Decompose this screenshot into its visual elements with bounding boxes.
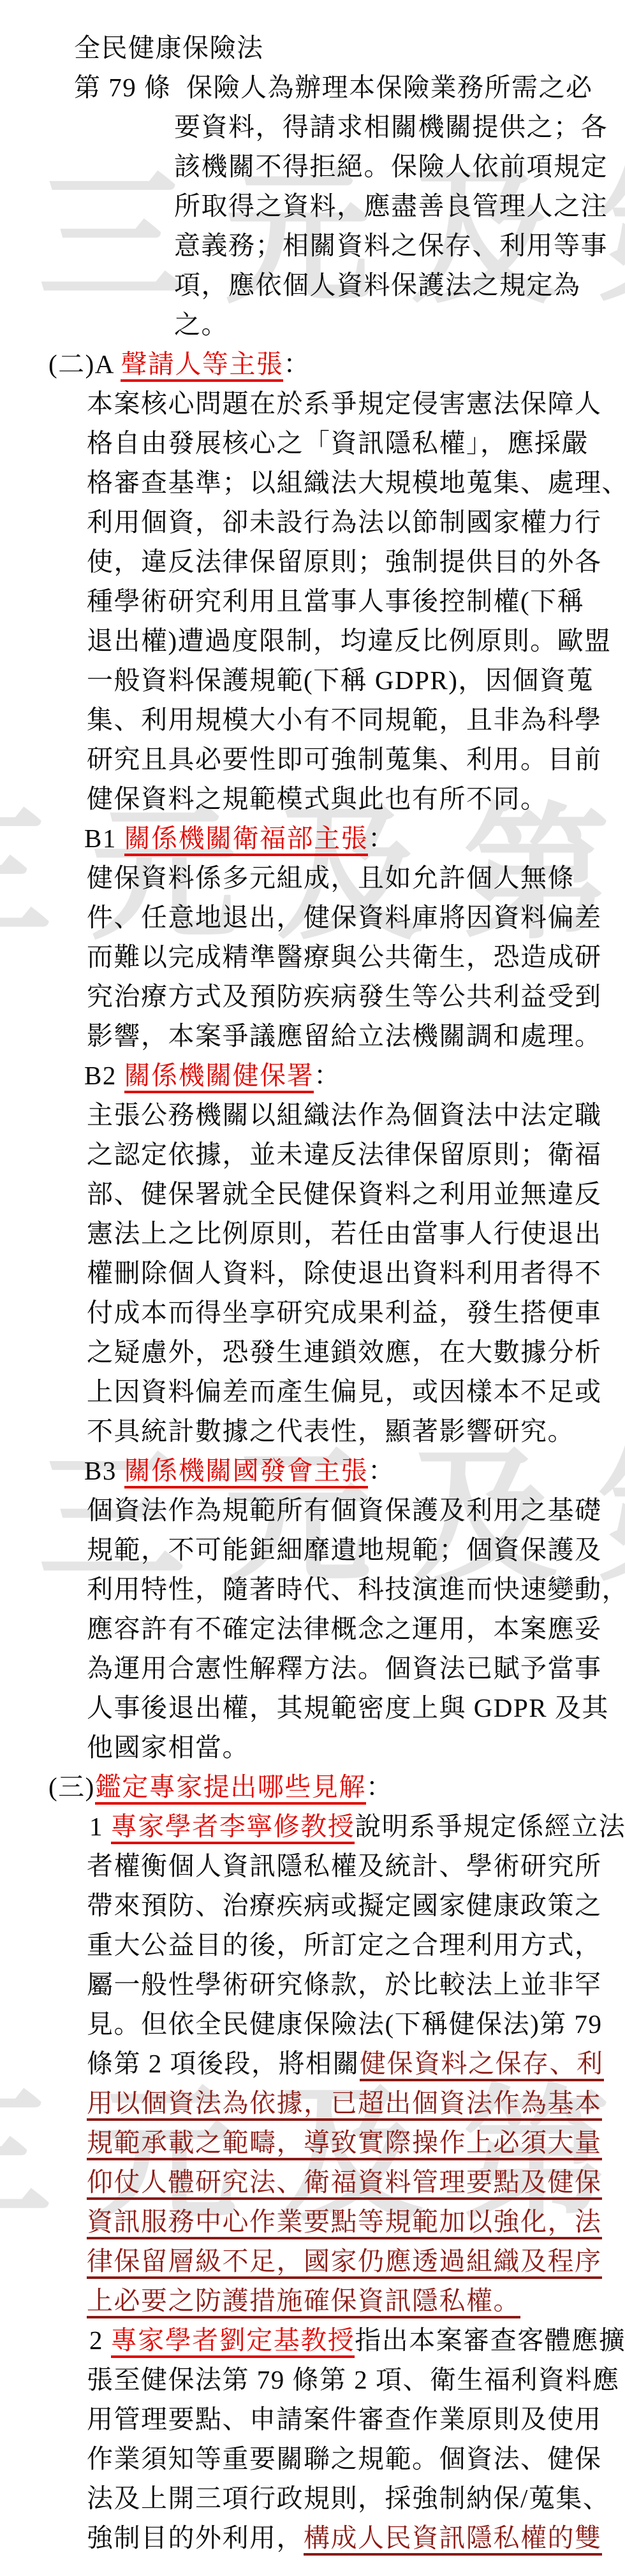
section-B2-heading: B2 關係機關健保署： — [84, 1056, 625, 1095]
body-text: ： — [283, 349, 311, 379]
body-text: 意義務；相關資料之保存、利用等事 — [174, 231, 608, 260]
body-text: ： — [368, 824, 395, 853]
red-heading-text: 鑑定專家提出哪些見解 — [95, 1772, 366, 1805]
body-text: 法及上開三項行政規則，採強制納保/蒐集、 — [87, 2484, 610, 2513]
body-text: 規範，不可能鉅細靡遺地規範；個資保護及 — [87, 1535, 602, 1564]
text-line: 意義務；相關資料之保存、利用等事 — [174, 226, 625, 265]
body-text: 屬一般性學術研究條款，於比較法上並非罕 — [87, 1970, 602, 1999]
body-text: 用管理要點、申請案件審查作業原則及使用 — [87, 2405, 602, 2434]
body-text: 健保資料係多元組成，且如允許個人無條 — [87, 863, 575, 892]
body-text: 2 — [89, 2325, 111, 2355]
darkred-emphasis-text: 規範承載之範疇，導致實際操作上必須大量 — [87, 2128, 602, 2160]
body-text: 全民健康保險法 — [74, 33, 264, 62]
red-heading-text: 關係機關健保署 — [124, 1061, 314, 1093]
body-text: 格自由發展核心之「資訊隱私權」，應採嚴 — [87, 428, 589, 458]
red-heading-text: 專家學者劉定基教授 — [111, 2325, 355, 2358]
text-line: 重大公益目的後，所訂定之合理利用方式， — [87, 1925, 625, 1965]
body-text: 為運用合憲性解釋方法。個資法已賦予當事 — [87, 1654, 602, 1683]
text-line: 格自由發展核心之「資訊隱私權」，應採嚴 — [87, 423, 625, 463]
text-line: 影響，本案爭議應留給立法機關調和處理。 — [87, 1016, 625, 1056]
body-text: 之。 — [174, 310, 228, 339]
body-text: 集、利用規模大小有不同規範，且非為科學 — [87, 705, 602, 734]
text-line: 法及上開三項行政規則，採強制納保/蒐集、 — [87, 2478, 625, 2518]
body-text: 帶來預防、治療疾病或擬定國家健康政策之 — [87, 1891, 602, 1920]
body-text: 1 — [89, 1812, 111, 1841]
text-line: 人事後退出權，其規範密度上與 GDPR 及其 — [87, 1688, 625, 1728]
body-text: B2 — [84, 1061, 124, 1090]
body-text: 憲法上之比例原則，若任由當事人行使退出 — [87, 1219, 602, 1248]
text-line: 為運用合憲性解釋方法。個資法已賦予當事 — [87, 1648, 625, 1688]
text-line: 之認定依據，並未違反法律保留原則；衛福 — [87, 1135, 625, 1174]
text-line: 資訊服務中心作業要點等規範加以強化，法 — [87, 2202, 625, 2241]
section-2A-heading: (二)A 聲請人等主張： — [48, 344, 625, 384]
body-text: 強制目的外利用， — [87, 2523, 304, 2552]
body-text: B1 — [84, 824, 124, 853]
darkred-emphasis-text: 仰仗人體研究法、衛福資料管理要點及健保 — [87, 2167, 602, 2200]
text-line: 他國家相當。 — [87, 1728, 625, 1767]
red-heading-text: 聲請人等主張 — [121, 349, 283, 382]
article-79-line: 第 79 條 保險人為辦理本保險業務所需之必 — [74, 68, 625, 107]
text-line: 權刪除個人資料，除使退出資料利用者得不 — [87, 1253, 625, 1293]
text-line: 見。但依全民健康保險法(下稱健保法)第 79 — [87, 2004, 625, 2044]
expert-2-heading: 2 專家學者劉定基教授指出本案審查客體應擴 — [89, 2320, 625, 2360]
darkred-emphasis-text: 資訊服務中心作業要點等規範加以強化，法 — [87, 2207, 602, 2239]
text-line: 退出權)遭過度限制，均違反比例原則。歐盟 — [87, 621, 625, 660]
body-text: 第 79 條 保險人為辦理本保險業務所需之必 — [74, 73, 593, 102]
body-text: 研究且具必要性即可強制蒐集、利用。目前 — [87, 745, 602, 774]
text-line: 憲法上之比例原則，若任由當事人行使退出 — [87, 1214, 625, 1253]
text-line: 利用個資，卻未設行為法以節制國家權力行 — [87, 502, 625, 542]
red-heading-text: 關係機關國發會主張 — [124, 1456, 369, 1488]
body-text: 之認定依據，並未違反法律保留原則；衛福 — [87, 1140, 602, 1169]
text-line: 使，違反法律保留原則；強制提供目的外各 — [87, 542, 625, 581]
body-text: 種學術研究利用且當事人事後控制權(下稱 — [87, 586, 584, 616]
document-lines: 全民健康保險法第 79 條 保險人為辦理本保險業務所需之必要資料，得請求相關機關… — [0, 28, 625, 2558]
body-text: 個資法作為規範所有個資保護及利用之基礎 — [87, 1495, 602, 1525]
section-B3-heading: B3 關係機關國發會主張： — [84, 1451, 625, 1490]
body-text: ： — [366, 1772, 393, 1801]
body-text: 影響，本案爭議應留給立法機關調和處理。 — [87, 1021, 602, 1051]
text-line: 健保資料係多元組成，且如允許個人無條 — [87, 858, 625, 898]
darkred-emphasis-text: 用以個資法為依據，已超出個資法作為基本 — [87, 2088, 602, 2121]
body-text: ： — [368, 1456, 395, 1485]
darkred-emphasis-text: 上必要之防護措施確保資訊隱私權。 — [87, 2286, 520, 2318]
body-text: 上因資料偏差而產生偏見，或因樣本不足或 — [87, 1377, 602, 1406]
text-line: 應容許有不確定法律概念之運用，本案應妥 — [87, 1609, 625, 1648]
body-text: 要資料，得請求相關機關提供之；各 — [174, 112, 608, 142]
body-text: 退出權)遭過度限制，均違反比例原則。歐盟 — [87, 626, 612, 655]
text-line: 屬一般性學術研究條款，於比較法上並非罕 — [87, 1965, 625, 2004]
section-3-heading: (三)鑑定專家提出哪些見解： — [48, 1767, 625, 1807]
body-text: 說明系爭規定係經立法 — [355, 1812, 625, 1841]
text-line: 條第 2 項後段，將相關健保資料之保存、利 — [87, 2044, 625, 2083]
body-text: 不具統計數據之代表性，顯著影響研究。 — [87, 1416, 575, 1446]
text-line: 本案核心問題在於系爭規定侵害憲法保障人 — [87, 384, 625, 423]
body-text: 一般資料保護規範(下稱 GDPR)，因個資蒐 — [87, 666, 594, 695]
body-text: 付成本而得坐享研究成果利益，發生搭便車 — [87, 1298, 602, 1327]
darkred-emphasis-text: 構成人民資訊隱私權的雙 — [304, 2523, 602, 2556]
text-line: 研究且具必要性即可強制蒐集、利用。目前 — [87, 739, 625, 779]
expert-1-heading: 1 專家學者李寧修教授說明系爭規定係經立法 — [89, 1807, 625, 1846]
body-text: 權刪除個人資料，除使退出資料利用者得不 — [87, 1258, 602, 1288]
text-line: 之疑慮外，恐發生連鎖效應，在大數據分析 — [87, 1332, 625, 1372]
body-text: (二)A — [48, 349, 121, 379]
text-line: 者權衡個人資訊隱私權及統計、學術研究所 — [87, 1846, 625, 1886]
text-line: 之。 — [174, 305, 625, 344]
body-text: 本案核心問題在於系爭規定侵害憲法保障人 — [87, 389, 602, 418]
body-text: 應容許有不確定法律概念之運用，本案應妥 — [87, 1614, 602, 1643]
red-heading-text: 專家學者李寧修教授 — [111, 1812, 355, 1844]
text-line: 利用特性，隨著時代、科技演進而快速變動， — [87, 1569, 625, 1609]
text-line: 格審查基準；以組織法大規模地蒐集、處理、 — [87, 463, 625, 502]
body-text: 者權衡個人資訊隱私權及統計、學術研究所 — [87, 1851, 602, 1881]
red-heading-text: 關係機關衛福部主張 — [124, 824, 369, 856]
text-line: 個資法作為規範所有個資保護及利用之基礎 — [87, 1490, 625, 1530]
text-line: 種學術研究利用且當事人事後控制權(下稱 — [87, 581, 625, 621]
body-text: 主張公務機關以組織法作為個資法中法定職 — [87, 1100, 602, 1130]
body-text: 部、健保署就全民健保資料之利用並無違反 — [87, 1179, 602, 1209]
body-text: B3 — [84, 1456, 124, 1485]
text-line: 帶來預防、治療疾病或擬定國家健康政策之 — [87, 1886, 625, 1925]
text-line: 件、任意地退出，健保資料庫將因資料偏差 — [87, 898, 625, 937]
body-text: 張至健保法第 79 條第 2 項、衛生福利資料應 — [87, 2365, 620, 2394]
body-text: 人事後退出權，其規範密度上與 GDPR 及其 — [87, 1693, 609, 1722]
body-text: 所取得之資料，應盡善良管理人之注 — [174, 191, 608, 221]
darkred-emphasis-text: 律保留層級不足，國家仍應透過組織及程序 — [87, 2246, 602, 2279]
body-text: 件、任意地退出，健保資料庫將因資料偏差 — [87, 903, 602, 932]
body-text: ： — [314, 1061, 341, 1090]
body-text: 而難以完成精準醫療與公共衛生，恐造成研 — [87, 942, 602, 971]
body-text: 見。但依全民健康保險法(下稱健保法)第 79 — [87, 2009, 603, 2039]
body-text: 利用特性，隨著時代、科技演進而快速變動， — [87, 1575, 625, 1604]
body-text: 健保資料之規範模式與此也有所不同。 — [87, 784, 548, 813]
body-text: 該機關不得拒絕。保險人依前項規定 — [174, 152, 608, 181]
body-text: 格審查基準；以組織法大規模地蒐集、處理、 — [87, 468, 625, 497]
body-text: 他國家相當。 — [87, 1733, 249, 1762]
body-text: 之疑慮外，恐發生連鎖效應，在大數據分析 — [87, 1337, 602, 1367]
body-text: 條第 2 項後段，將相關 — [87, 2049, 360, 2078]
text-line: 主張公務機關以組織法作為個資法中法定職 — [87, 1095, 625, 1135]
text-line: 項，應依個人資料保護法之規定為 — [174, 265, 625, 305]
text-line: 作業須知等重要關聯之規範。個資法、健保 — [87, 2439, 625, 2478]
text-line: 強制目的外利用，構成人民資訊隱私權的雙 — [87, 2518, 625, 2558]
text-line: 用管理要點、申請案件審查作業原則及使用 — [87, 2399, 625, 2439]
body-text: 項，應依個人資料保護法之規定為 — [174, 270, 581, 300]
body-text: (三) — [48, 1772, 95, 1801]
text-line: 用以個資法為依據，已超出個資法作為基本 — [87, 2083, 625, 2123]
body-text: 重大公益目的後，所訂定之合理利用方式， — [87, 1930, 602, 1960]
text-line: 仰仗人體研究法、衛福資料管理要點及健保 — [87, 2162, 625, 2202]
text-line: 部、健保署就全民健保資料之利用並無違反 — [87, 1174, 625, 1214]
text-line: 張至健保法第 79 條第 2 項、衛生福利資料應 — [87, 2360, 625, 2399]
document-page: 三元及第三元及第三元及第三元及第 全民健康保險法第 79 條 保險人為辦理本保險… — [0, 0, 625, 2576]
body-text: 究治療方式及預防疾病發生等公共利益受到 — [87, 982, 602, 1011]
text-line: 付成本而得坐享研究成果利益，發生搭便車 — [87, 1293, 625, 1332]
doc-title: 全民健康保險法 — [74, 28, 625, 68]
text-line: 健保資料之規範模式與此也有所不同。 — [87, 779, 625, 819]
body-text: 使，違反法律保留原則；強制提供目的外各 — [87, 547, 602, 576]
body-text: 利用個資，卻未設行為法以節制國家權力行 — [87, 507, 602, 537]
text-line: 不具統計數據之代表性，顯著影響研究。 — [87, 1411, 625, 1451]
text-line: 上因資料偏差而產生偏見，或因樣本不足或 — [87, 1372, 625, 1411]
section-B1-heading: B1 關係機關衛福部主張： — [84, 819, 625, 858]
text-line: 規範承載之範疇，導致實際操作上必須大量 — [87, 2123, 625, 2162]
text-line: 律保留層級不足，國家仍應透過組織及程序 — [87, 2241, 625, 2281]
text-line: 要資料，得請求相關機關提供之；各 — [174, 107, 625, 147]
text-line: 規範，不可能鉅細靡遺地規範；個資保護及 — [87, 1530, 625, 1569]
text-line: 該機關不得拒絕。保險人依前項規定 — [174, 147, 625, 186]
body-text: 作業須知等重要關聯之規範。個資法、健保 — [87, 2444, 602, 2473]
body-text: 指出本案審查客體應擴 — [355, 2325, 625, 2355]
text-line: 所取得之資料，應盡善良管理人之注 — [174, 186, 625, 226]
text-line: 究治療方式及預防疾病發生等公共利益受到 — [87, 977, 625, 1016]
darkred-emphasis-text: 健保資料之保存、利 — [360, 2049, 604, 2081]
text-line: 集、利用規模大小有不同規範，且非為科學 — [87, 700, 625, 739]
text-line: 上必要之防護措施確保資訊隱私權。 — [87, 2281, 625, 2320]
text-line: 一般資料保護規範(下稱 GDPR)，因個資蒐 — [87, 660, 625, 700]
text-line: 而難以完成精準醫療與公共衛生，恐造成研 — [87, 937, 625, 977]
